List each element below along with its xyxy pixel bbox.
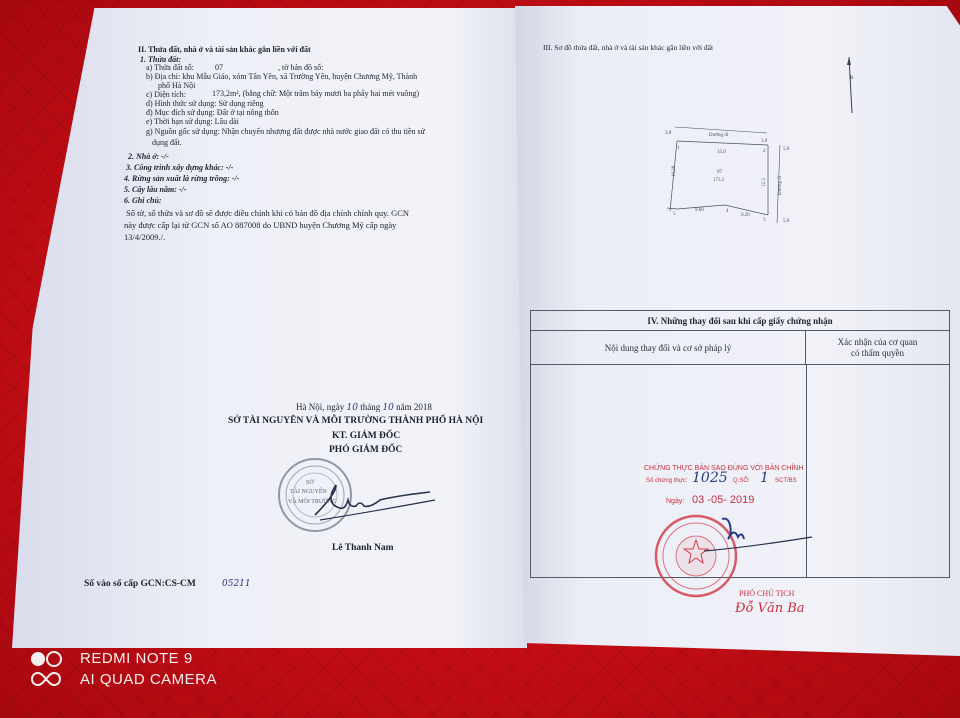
kt-title: KT. GIÁM ĐỐC xyxy=(332,430,400,442)
signer-name: Lê Thanh Nam xyxy=(332,542,394,554)
section-iii-title: III. Sơ đồ thửa đất, nhà ở và tài sản kh… xyxy=(543,43,713,53)
item4: 4. Rừng sản xuất là rừng trồng: -/- xyxy=(124,174,239,184)
director-signature xyxy=(310,470,440,530)
item5: 5. Cây lâu năm: -/- xyxy=(124,185,186,195)
date-prefix: Hà Nội, ngày xyxy=(296,402,344,412)
certify-book-suffix: SCT/BS xyxy=(775,478,797,484)
parcel-number: 07 xyxy=(717,170,723,175)
edge-left: 10.28 xyxy=(672,165,677,177)
chairman-role: PHÓ CHỦ TỊCH xyxy=(739,589,794,598)
parcel-diagram: 3.0 3.0 5.0 5.0 Đường đi 15.0 1 2 3 4 5 … xyxy=(665,125,795,225)
note-line1: Số tờ, số thửa và sơ đồ sẽ được điều chỉ… xyxy=(126,208,409,218)
svg-text:5: 5 xyxy=(673,212,676,217)
register-label: Số vào sổ cấp GCN:CS-CM xyxy=(84,578,196,590)
edge-right: 12.3 xyxy=(762,178,767,187)
certify-number-label: Số chứng thực: xyxy=(646,478,687,484)
watermark-camera: AI QUAD CAMERA xyxy=(80,671,217,688)
note-line2: này được cấp lại từ GCN số AO 887008 do … xyxy=(124,220,396,230)
north-arrow-icon: B xyxy=(842,55,858,115)
item1-e: e) Thời hạn sử dụng: Lâu dài xyxy=(146,117,239,127)
certify-book-label: Q.SỐ: xyxy=(733,478,750,484)
svg-text:1: 1 xyxy=(677,146,680,151)
certify-date-label: Ngày: xyxy=(666,498,684,505)
road-right-label: Đường đi xyxy=(778,175,783,195)
item1-g: g) Nguồn gốc sử dụng: Nhận chuyển nhượng… xyxy=(146,127,425,137)
chairman-name: Đỗ Văn Ba xyxy=(735,601,805,616)
svg-text:2: 2 xyxy=(763,149,766,154)
certify-number: 1025 xyxy=(692,470,728,486)
section-ii-title: II. Thửa đất, nhà ở và tài sản khác gắn … xyxy=(138,45,311,55)
date-month-label: tháng xyxy=(360,402,380,412)
date-month: 10 xyxy=(382,403,393,413)
register-value: 05211 xyxy=(222,578,251,590)
edge-bottom-right: 9.20 xyxy=(741,213,750,218)
item1-c-value: 173,2m², (bằng chữ: Một trăm bảy mươi ba… xyxy=(212,89,419,99)
edge-bottom-left: 9.60 xyxy=(695,208,704,213)
svg-text:5.0: 5.0 xyxy=(783,219,790,224)
item2: 2. Nhà ở: -/- xyxy=(128,152,169,162)
road-top-label: Đường đi xyxy=(709,133,729,138)
note-line3: 13/4/2009./. xyxy=(124,232,165,242)
certify-date: 03 -05- 2019 xyxy=(692,494,754,506)
item6: 6. Ghi chú: xyxy=(124,196,162,206)
svg-text:3: 3 xyxy=(763,218,766,223)
changes-table-title: IV. Những thay đổi sau khi cấp giấy chứn… xyxy=(531,311,949,331)
parcel-area: 173.2 xyxy=(713,178,725,183)
date-day: 10 xyxy=(347,403,358,413)
date-year: năm 2018 xyxy=(396,402,432,412)
certify-book: 1 xyxy=(760,470,769,486)
item1-g-cont: dụng đất. xyxy=(152,138,182,148)
date-line: Hà Nội, ngày 10 tháng 10 năm 2018 xyxy=(296,402,432,414)
changes-table-col-confirm: Xác nhận của cơ quan có thẩm quyền xyxy=(806,331,949,365)
changes-table-col-content: Nội dung thay đổi và cơ sở pháp lý xyxy=(531,331,806,365)
chairman-signature xyxy=(700,515,815,560)
svg-text:5.0: 5.0 xyxy=(783,147,790,152)
item3: 3. Công trình xây dựng khác: -/- xyxy=(126,163,233,173)
edge-top: 15.0 xyxy=(717,150,726,155)
svg-text:3.0: 3.0 xyxy=(761,139,768,144)
svg-text:B: B xyxy=(850,76,854,81)
watermark-device: REDMI NOTE 9 xyxy=(80,650,193,667)
svg-text:4: 4 xyxy=(726,209,729,214)
offset-label: 3.0 xyxy=(665,131,672,136)
issuer-name: SỞ TÀI NGUYÊN VÀ MÔI TRƯỜNG THÀNH PHỐ HÀ… xyxy=(228,415,483,427)
camera-logo-icon xyxy=(28,650,68,690)
left-page xyxy=(12,8,527,648)
